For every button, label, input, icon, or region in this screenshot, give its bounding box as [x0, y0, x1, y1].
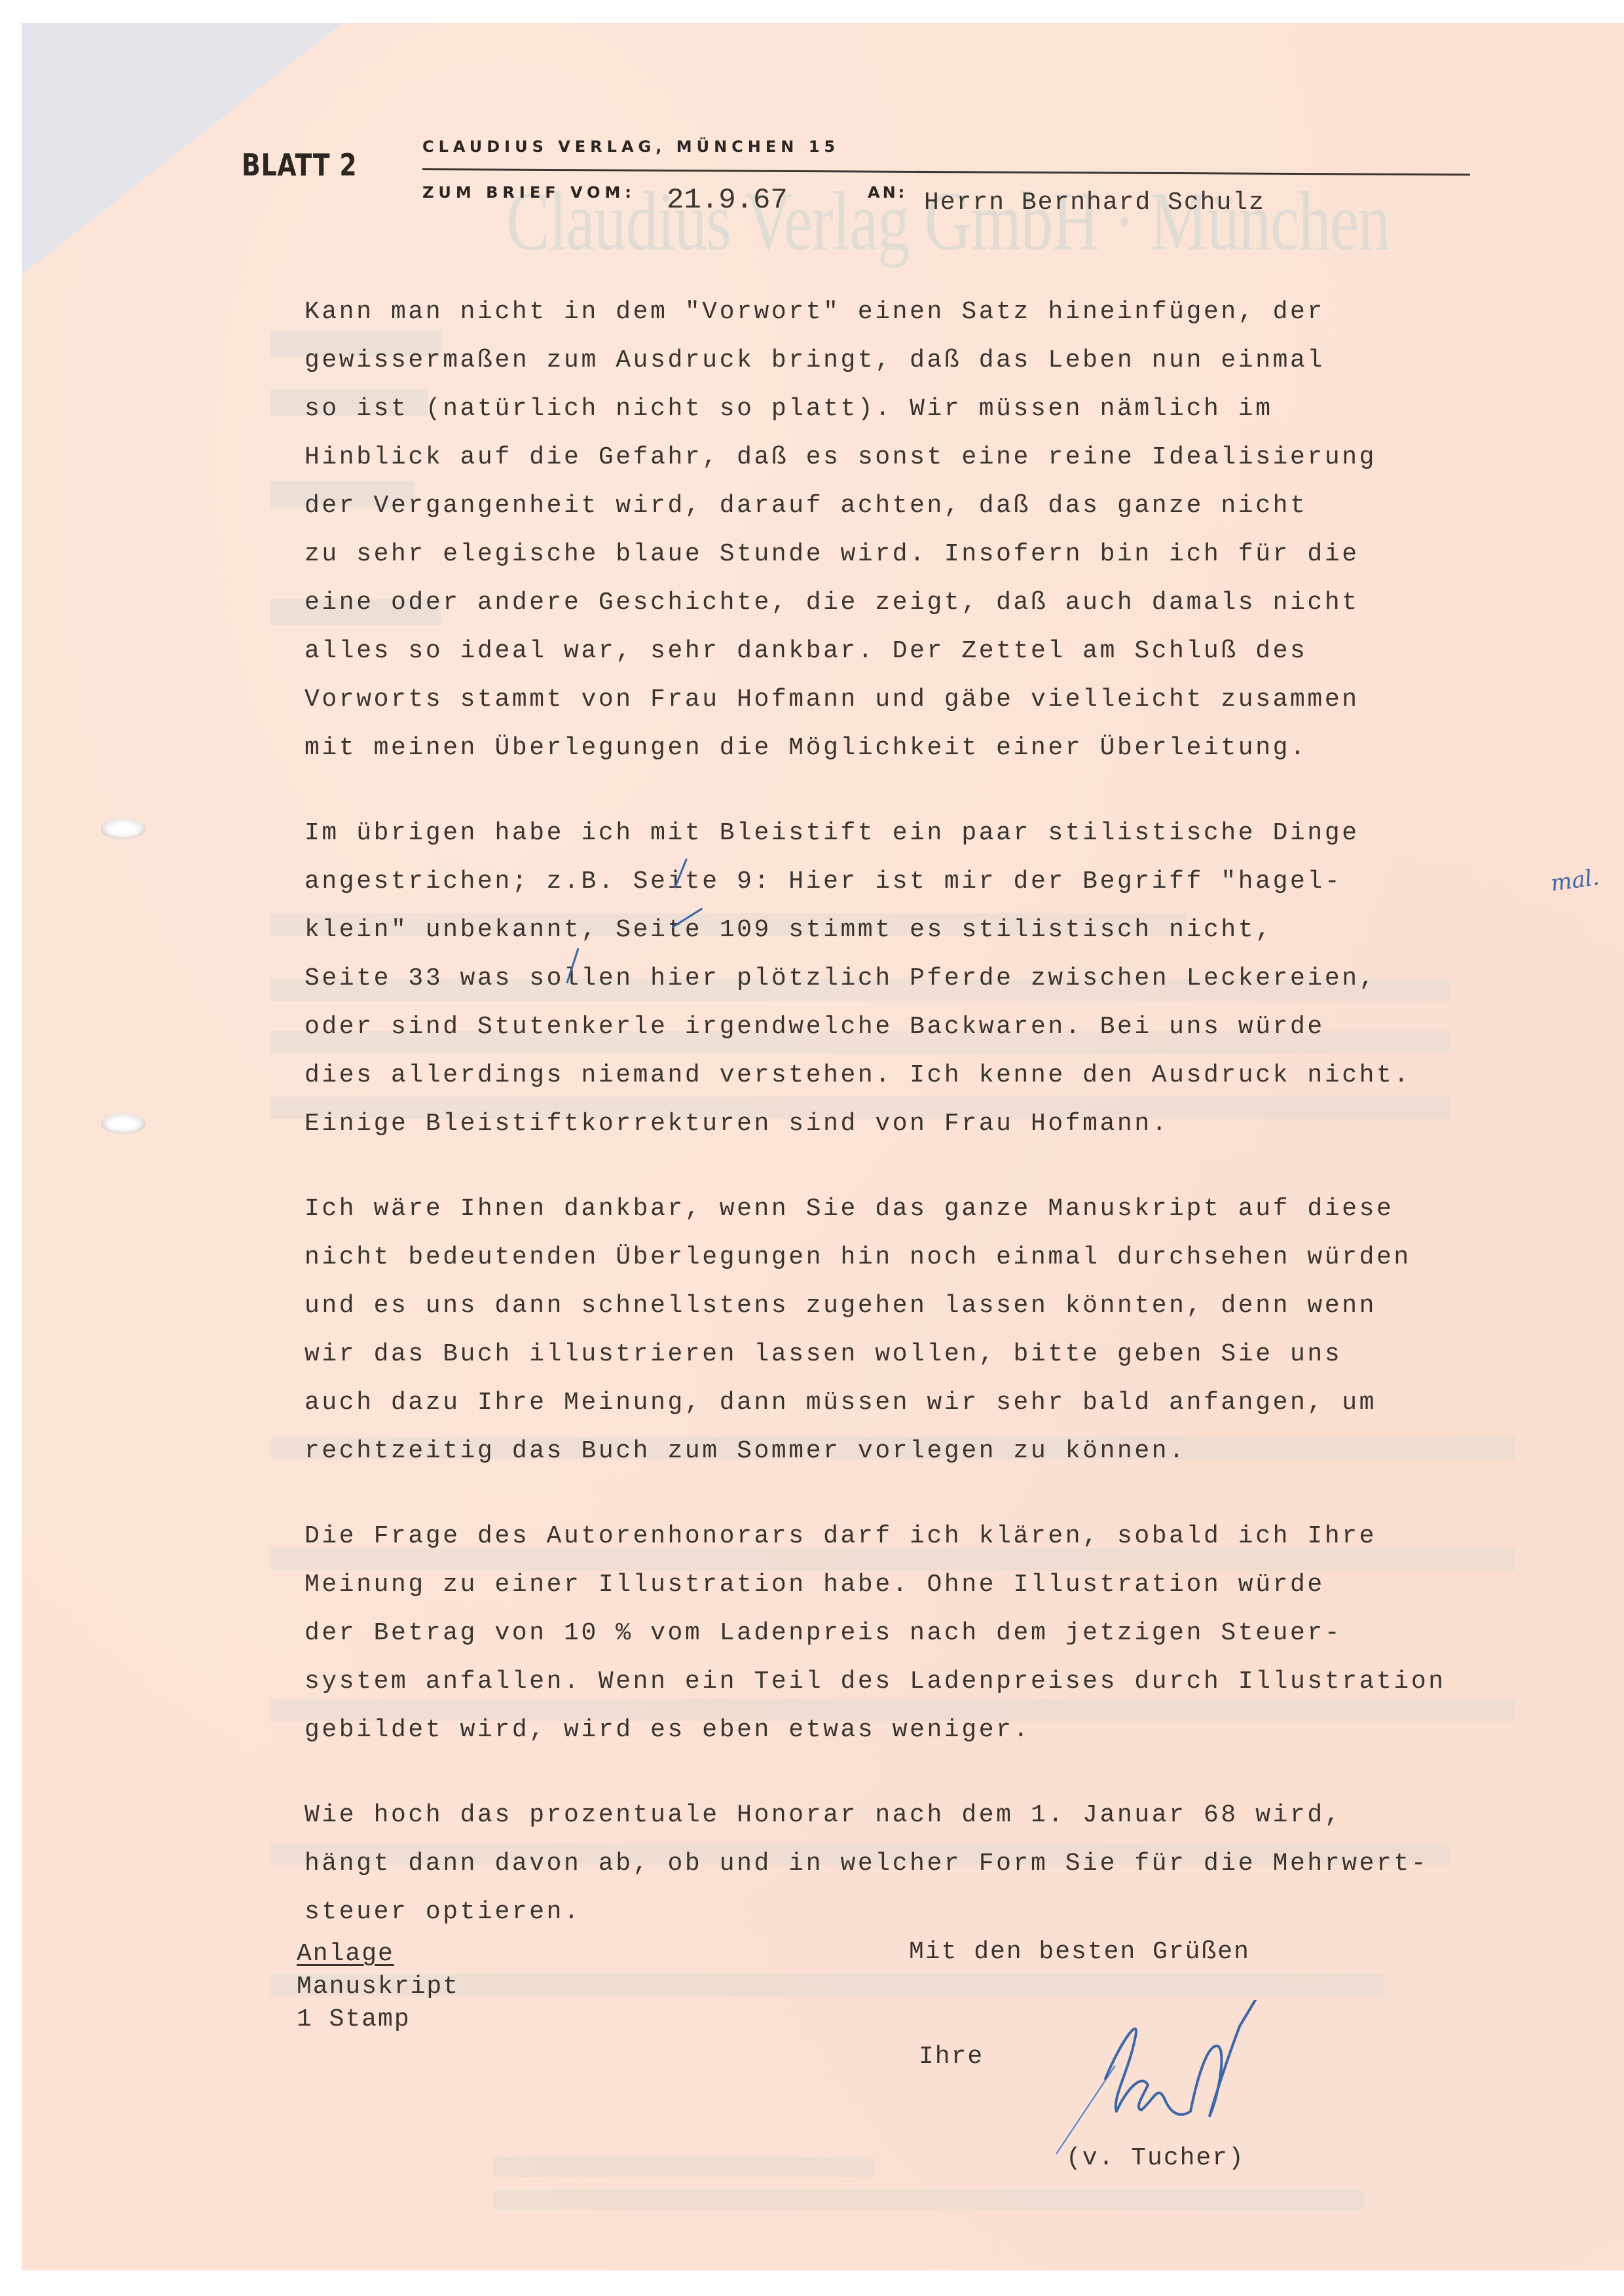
text-line: angestrichen; z.B. Seite 9: Hier ist mir… [304, 858, 1624, 906]
letter-page: Claudius Verlag GmbH · München BLATT 2 C… [22, 23, 1624, 2270]
text-line: Vorworts stammt von Frau Hofmann und gäb… [304, 676, 1624, 724]
bleed-through-block [493, 2157, 873, 2177]
text-line: Meinung zu einer Illustration habe. Ohne… [304, 1561, 1624, 1609]
text-line: system anfallen. Wenn ein Teil des Laden… [304, 1658, 1624, 1706]
text-line: der Betrag von 10 % vom Ladenpreis nach … [304, 1609, 1624, 1658]
bleed-through-block [493, 2190, 1364, 2210]
text-line: Die Frage des Autorenhonorars darf ich k… [304, 1512, 1624, 1561]
enclosure-title: Anlage [297, 1938, 459, 1971]
text-line: dies allerdings niemand verstehen. Ich k… [304, 1051, 1624, 1100]
text-line: Wie hoch das prozentuale Honorar nach de… [304, 1791, 1624, 1840]
publisher-name: CLAUDIUS VERLAG, MÜNCHEN 15 [422, 137, 840, 156]
letter-ref-label: ZUM BRIEF VOM: [422, 183, 636, 202]
text-line: rechtzeitig das Buch zum Sommer vorlegen… [304, 1427, 1624, 1476]
text-line: nicht bedeutenden Überlegungen hin noch … [304, 1233, 1624, 1282]
recipient-label: AN: [868, 183, 907, 202]
text-line: mit meinen Überlegungen die Möglichkeit … [304, 724, 1624, 773]
text-line: der Vergangenheit wird, darauf achten, d… [304, 482, 1624, 530]
letter-body: Kann man nicht in dem "Vorwort" einen Sa… [304, 288, 1624, 1937]
text-line: Im übrigen habe ich mit Bleistift ein pa… [304, 809, 1624, 858]
text-line: auch dazu Ihre Meinung, dann müssen wir … [304, 1379, 1624, 1427]
punch-hole-bottom [101, 1113, 145, 1134]
text-line: oder sind Stutenkerle irgendwelche Backw… [304, 1003, 1624, 1051]
paragraph: Kann man nicht in dem "Vorwort" einen Sa… [304, 288, 1624, 773]
text-line: zu sehr elegische blaue Stunde wird. Ins… [304, 530, 1624, 579]
closing-greeting: Mit den besten Grüßen [909, 1938, 1250, 1966]
text-line: Kann man nicht in dem "Vorwort" einen Sa… [304, 288, 1624, 337]
text-line: gewissermaßen zum Ausdruck bringt, daß d… [304, 337, 1624, 385]
text-line: steuer optieren. [304, 1888, 1624, 1937]
text-line: Seite 33 was sollen hier plötzlich Pferd… [304, 955, 1624, 1003]
enclosure-item: Manuskript [297, 1971, 459, 2003]
text-line: eine oder andere Geschichte, die zeigt, … [304, 579, 1624, 627]
paragraph: Die Frage des Autorenhonorars darf ich k… [304, 1512, 1624, 1755]
text-line: und es uns dann schnellstens zugehen las… [304, 1282, 1624, 1330]
text-line: Einige Bleistiftkorrekturen sind von Fra… [304, 1100, 1624, 1148]
paragraph: Wie hoch das prozentuale Honorar nach de… [304, 1791, 1624, 1937]
enclosure-block: Anlage Manuskript 1 Stamp [297, 1938, 459, 2036]
paragraph: Im übrigen habe ich mit Bleistift ein pa… [304, 809, 1624, 1148]
text-line: Ich wäre Ihnen dankbar, wenn Sie das gan… [304, 1185, 1624, 1233]
punch-hole-top [101, 818, 145, 839]
enclosure-item: 1 Stamp [297, 2003, 459, 2036]
text-line: wir das Buch illustrieren lassen wollen,… [304, 1330, 1624, 1379]
text-line: so ist (natürlich nicht so platt). Wir m… [304, 385, 1624, 433]
text-line: klein" unbekannt, Seite 109 stimmt es st… [304, 906, 1624, 955]
letter-date: 21.9.67 [667, 184, 788, 217]
handwritten-signature [1043, 2000, 1318, 2157]
text-line: Hinblick auf die Gefahr, daß es sonst ei… [304, 433, 1624, 482]
text-line: hängt dann davon ab, ob und in welcher F… [304, 1840, 1624, 1888]
valediction: Ihre [919, 2043, 984, 2071]
recipient-name: Herrn Bernhard Schulz [924, 189, 1265, 217]
sheet-number: BLATT 2 [242, 147, 358, 183]
paragraph: Ich wäre Ihnen dankbar, wenn Sie das gan… [304, 1185, 1624, 1476]
signer-name: (v. Tucher) [1066, 2144, 1245, 2172]
text-line: alles so ideal war, sehr dankbar. Der Ze… [304, 627, 1624, 676]
text-line: gebildet wird, wird es eben etwas wenige… [304, 1706, 1624, 1755]
